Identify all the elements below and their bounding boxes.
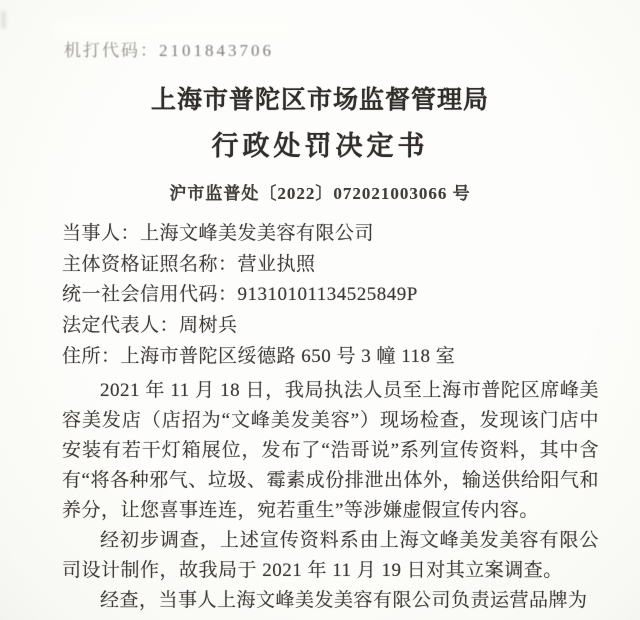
document-number: 沪市监普处〔2022〕072021003066 号 — [0, 179, 640, 204]
field-value: 营业执照 — [238, 254, 316, 275]
machine-code-label: 机打代码： — [64, 41, 159, 60]
machine-code-line: 机打代码：2101843706 — [64, 36, 274, 61]
field-credit-code: 统一社会信用代码：91310101134525849P — [62, 280, 599, 311]
issuing-agency-title: 上海市普陀区市场监督管理局 — [0, 80, 640, 116]
field-value: 上海文峰美发美容有限公司 — [140, 223, 374, 244]
field-label: 主体资格证照名称： — [62, 254, 238, 275]
field-label: 法定代表人： — [62, 315, 179, 336]
field-legal-representative: 法定代表人：周树兵 — [62, 311, 599, 342]
machine-code-value: 2101843706 — [159, 41, 274, 60]
field-license-name: 主体资格证照名称：营业执照 — [62, 250, 599, 281]
field-label: 当事人： — [62, 223, 140, 244]
field-value: 上海市普陀区绥德路 650 号 3 幢 118 室 — [121, 346, 456, 367]
document-body: 当事人：上海文峰美发美容有限公司 主体资格证照名称：营业执照 统一社会信用代码：… — [62, 219, 599, 616]
field-party: 当事人：上海文峰美发美容有限公司 — [62, 219, 599, 250]
field-value: 周树兵 — [179, 315, 238, 336]
field-label: 住所： — [62, 346, 121, 367]
document-header: 上海市普陀区市场监督管理局 行政处罚决定书 沪市监普处〔2022〕0720210… — [0, 80, 640, 204]
field-address: 住所：上海市普陀区绥德路 650 号 3 幢 118 室 — [62, 342, 599, 373]
field-value: 91310101134525849P — [238, 284, 418, 305]
document-type-title: 行政处罚决定书 — [0, 124, 640, 163]
penalty-decision-document: 机打代码：2101843706 上海市普陀区市场监督管理局 行政处罚决定书 沪市… — [0, 0, 640, 620]
field-label: 统一社会信用代码： — [62, 284, 238, 305]
paragraph-investigation-result: 经查，当事人上海文峰美发美容有限公司负责运营品牌为 — [62, 586, 599, 616]
photo-artifact-speck — [1, 11, 6, 29]
paragraph-preliminary-investigation: 经初步调查，上述宣传资料系由上海文峰美发美容有限公司设计制作，故我局于 2021… — [62, 526, 599, 586]
paragraph-inspection-findings: 2021 年 11 月 18 日，我局执法人员至上海市普陀区席峰美容美发店（店招… — [62, 376, 599, 526]
